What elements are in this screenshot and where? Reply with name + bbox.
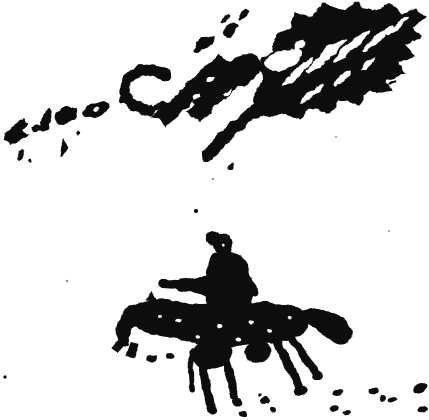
debris-spot xyxy=(331,405,338,412)
ridge-dab xyxy=(76,131,80,135)
ink-speck xyxy=(212,178,214,180)
debris-spot xyxy=(257,393,260,396)
rider-hand xyxy=(175,281,193,293)
horse-front-leg xyxy=(224,352,235,396)
paper-gap xyxy=(221,244,224,246)
paper-gap xyxy=(158,315,162,318)
ridge-dab xyxy=(387,78,396,85)
debris-spot xyxy=(411,381,429,395)
debris-spot xyxy=(368,386,379,395)
debris-spot xyxy=(380,395,386,401)
debris-spots xyxy=(240,381,429,417)
debris-spot xyxy=(388,397,399,403)
spur-tip-blob xyxy=(201,148,215,162)
ink-illustration xyxy=(0,0,429,420)
ridge-dab xyxy=(58,139,67,158)
ink-speck xyxy=(3,375,6,378)
ink-speck xyxy=(66,280,69,283)
paper-gap xyxy=(196,334,201,338)
ridge-dab xyxy=(236,6,252,21)
ridge-dab xyxy=(29,160,32,163)
horse-and-rider-illustration xyxy=(111,231,353,415)
horse-hoof xyxy=(207,407,217,415)
ridge-dab xyxy=(219,13,231,25)
paper-gap xyxy=(249,319,255,323)
ink-speck xyxy=(194,209,198,213)
paper-gap xyxy=(235,337,241,341)
horse-ear xyxy=(146,290,157,301)
ink-drip-blob xyxy=(166,353,174,359)
ink-speck xyxy=(335,136,337,138)
mountain-ridge-illustration xyxy=(4,2,424,162)
paper-gap xyxy=(175,318,181,322)
ridge-dab xyxy=(191,32,217,55)
paper-gap xyxy=(217,324,223,328)
ridge-dab xyxy=(52,103,81,128)
ridge-dab xyxy=(16,147,25,160)
debris-spot xyxy=(270,406,276,412)
illustration-canvas xyxy=(0,0,429,420)
horse-tail xyxy=(300,309,353,345)
horse-front-leg xyxy=(191,352,193,390)
debris-spot xyxy=(240,411,247,418)
paper-gap xyxy=(288,317,293,320)
ink-drip-blob xyxy=(147,355,158,362)
spur-dot xyxy=(228,163,233,168)
ridge-spur-illustration xyxy=(201,102,270,169)
spur-stroke xyxy=(208,102,270,155)
debris-spot xyxy=(331,387,345,398)
paper-gap xyxy=(268,329,273,333)
ink-speck xyxy=(388,230,390,232)
debris-spot xyxy=(261,398,270,405)
ridge-dab xyxy=(38,107,54,132)
debris-spot xyxy=(417,406,429,414)
debris-spot xyxy=(343,409,352,415)
horse-hoof xyxy=(232,398,242,406)
ridge-dab xyxy=(4,118,29,145)
